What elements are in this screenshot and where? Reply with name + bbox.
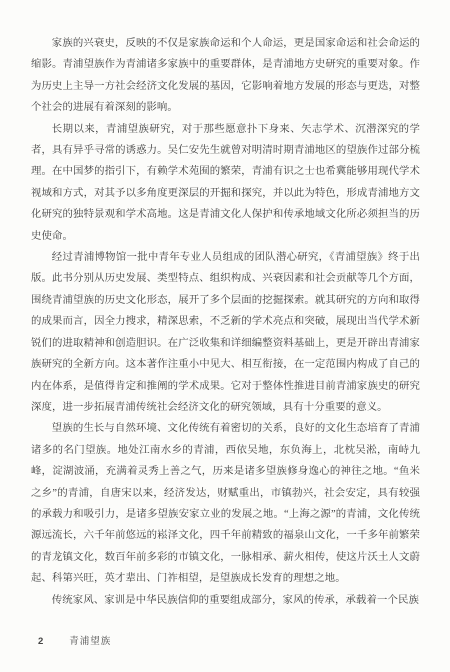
running-title: 青浦望族	[69, 633, 111, 647]
page-body-text: 家族的兴衰史，反映的不仅是家族命运和个人命运，更是国家命运和社会命运的缩影。青浦…	[31, 33, 420, 611]
paragraph-1: 家族的兴衰史，反映的不仅是家族命运和个人命运，更是国家命运和社会命运的缩影。青浦…	[31, 33, 420, 119]
page-footer: 2 青浦望族	[38, 633, 111, 647]
page-number: 2	[38, 636, 43, 647]
document-page: 家族的兴衰史，反映的不仅是家族命运和个人命运，更是国家命运和社会命运的缩影。青浦…	[0, 0, 450, 672]
paragraph-2: 长期以来，青浦望族研究，对于那些愿意扑下身来、矢志学术、沉潜深究的学者，具有异乎…	[31, 119, 420, 247]
paragraph-3: 经过青浦博物馆一批中青年专业人员组成的团队潜心研究，《青浦望族》终于出版。此书分…	[31, 247, 420, 418]
paragraph-4: 望族的生长与自然环境、文化传统有着密切的关系，良好的文化生态培育了青浦诸多的名门…	[31, 418, 420, 589]
paragraph-5: 传统家风、家训是中华民族信仰的重要组成部分，家风的传承，承载着一个民族	[31, 590, 420, 611]
